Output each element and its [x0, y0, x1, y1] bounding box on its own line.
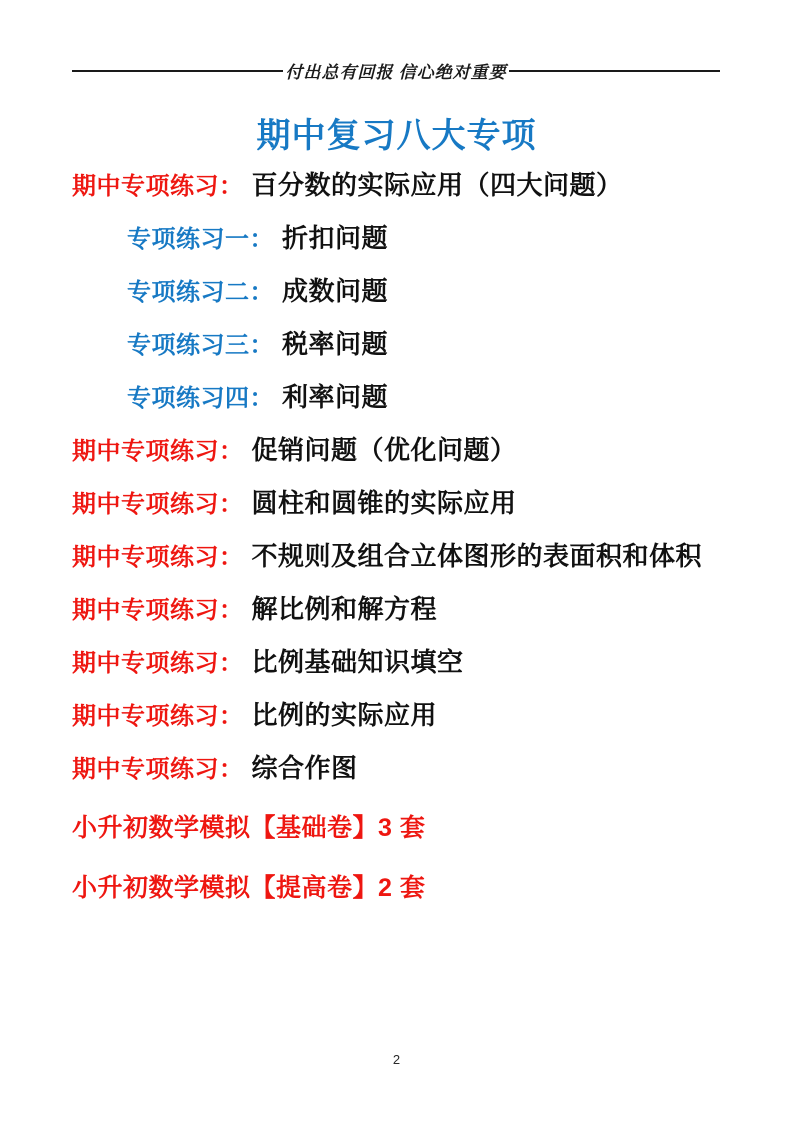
item-label: 专项练习一：: [127, 219, 274, 254]
item-text: 圆柱和圆锥的实际应用: [252, 483, 517, 520]
document-page: 付出总有回报 信心绝对重要 期中复习八大专项 期中专项练习：百分数的实际应用（四…: [0, 0, 793, 1122]
list-item: 小升初数学模拟【基础卷】3 套: [72, 799, 763, 852]
item-text: 折扣问题: [282, 218, 388, 255]
item-label: 小升初数学模拟【提高卷】2 套: [72, 868, 425, 904]
item-label: 期中专项练习：: [72, 696, 244, 731]
item-label: 专项练习二：: [127, 272, 274, 307]
item-label: 期中专项练习：: [72, 590, 244, 625]
item-label: 专项练习四：: [127, 378, 274, 413]
item-text: 促销问题（优化问题）: [252, 430, 517, 467]
item-label: 小升初数学模拟【基础卷】3 套: [72, 808, 425, 844]
list-item: 专项练习三：税率问题: [72, 316, 763, 369]
list-item: 小升初数学模拟【提高卷】2 套: [72, 859, 763, 912]
item-text: 成数问题: [282, 271, 388, 308]
item-label: 期中专项练习：: [72, 484, 244, 519]
item-text: 百分数的实际应用（四大问题）: [252, 165, 623, 202]
section-list: 期中专项练习：百分数的实际应用（四大问题）专项练习一：折扣问题专项练习二：成数问…: [72, 157, 763, 912]
item-text: 比例的实际应用: [252, 695, 438, 732]
page-number: 2: [0, 1052, 793, 1067]
list-item: 专项练习一：折扣问题: [72, 210, 763, 263]
item-label: 期中专项练习：: [72, 431, 244, 466]
list-item: 专项练习二：成数问题: [72, 263, 763, 316]
item-label: 期中专项练习：: [72, 537, 244, 572]
item-text: 不规则及组合立体图形的表面积和体积: [252, 536, 703, 573]
header-motto: 付出总有回报 信心绝对重要: [283, 58, 508, 83]
list-item: 期中专项练习：比例的实际应用: [72, 687, 763, 740]
list-item: 期中专项练习：解比例和解方程: [72, 581, 763, 634]
header-motto-row: 付出总有回报 信心绝对重要: [72, 58, 720, 83]
list-item: 期中专项练习：综合作图: [72, 740, 763, 793]
item-text: 税率问题: [282, 324, 388, 361]
list-item: 期中专项练习：不规则及组合立体图形的表面积和体积: [72, 528, 763, 581]
item-text: 利率问题: [282, 377, 388, 414]
item-label: 专项练习三：: [127, 325, 274, 360]
header-rule-left: [72, 70, 283, 72]
list-item: 期中专项练习：比例基础知识填空: [72, 634, 763, 687]
item-text: 综合作图: [252, 748, 358, 785]
list-item: 期中专项练习：促销问题（优化问题）: [72, 422, 763, 475]
header-rule-right: [509, 70, 720, 72]
item-label: 期中专项练习：: [72, 166, 244, 201]
item-text: 解比例和解方程: [252, 589, 438, 626]
list-item: 专项练习四：利率问题: [72, 369, 763, 422]
list-item: 期中专项练习：百分数的实际应用（四大问题）: [72, 157, 763, 210]
page-title: 期中复习八大专项: [0, 108, 793, 157]
item-text: 比例基础知识填空: [252, 642, 464, 679]
item-label: 期中专项练习：: [72, 643, 244, 678]
list-item: 期中专项练习：圆柱和圆锥的实际应用: [72, 475, 763, 528]
item-label: 期中专项练习：: [72, 749, 244, 784]
